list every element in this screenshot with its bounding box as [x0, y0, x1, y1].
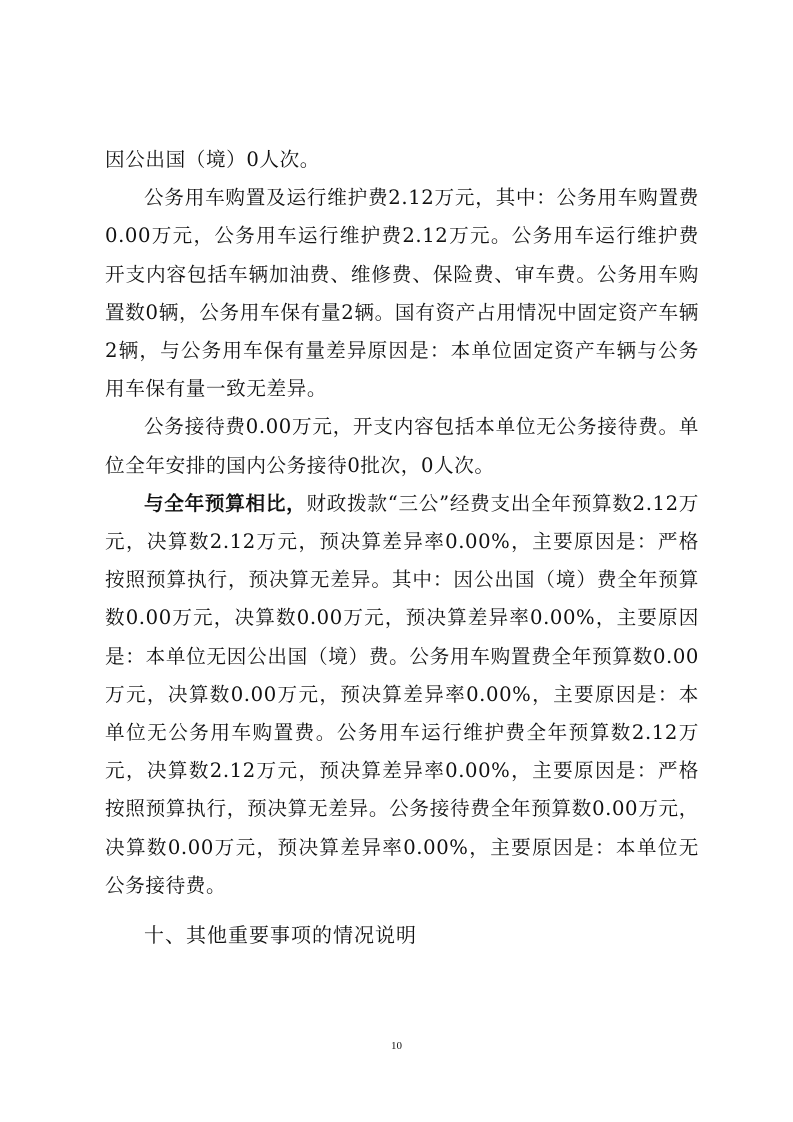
- paragraph-vehicle-costs: 公务用车购置及运行维护费2.12万元，其中：公务用车购置费0.00万元，公务用车…: [105, 179, 699, 408]
- budget-comparison-text: 财政拨款“三公”经费支出全年预算数2.12万元，决算数2.12万元，预决算差异率…: [105, 492, 699, 897]
- paragraph-reception-costs: 公务接待费0.00万元，开支内容包括本单位无公务接待费。单位全年安排的国内公务接…: [105, 408, 699, 484]
- document-body: 因公出国（境）0人次。 公务用车购置及运行维护费2.12万元，其中：公务用车购置…: [105, 141, 699, 974]
- paragraph-budget-comparison: 与全年预算相比，财政拨款“三公”经费支出全年预算数2.12万元，决算数2.12万…: [105, 485, 699, 905]
- section-heading: 十、其他重要事项的情况说明: [105, 916, 699, 954]
- budget-comparison-lead: 与全年预算相比，: [144, 492, 307, 515]
- page-number: 10: [0, 1040, 793, 1052]
- paragraph-outbound-travel: 因公出国（境）0人次。: [105, 141, 699, 179]
